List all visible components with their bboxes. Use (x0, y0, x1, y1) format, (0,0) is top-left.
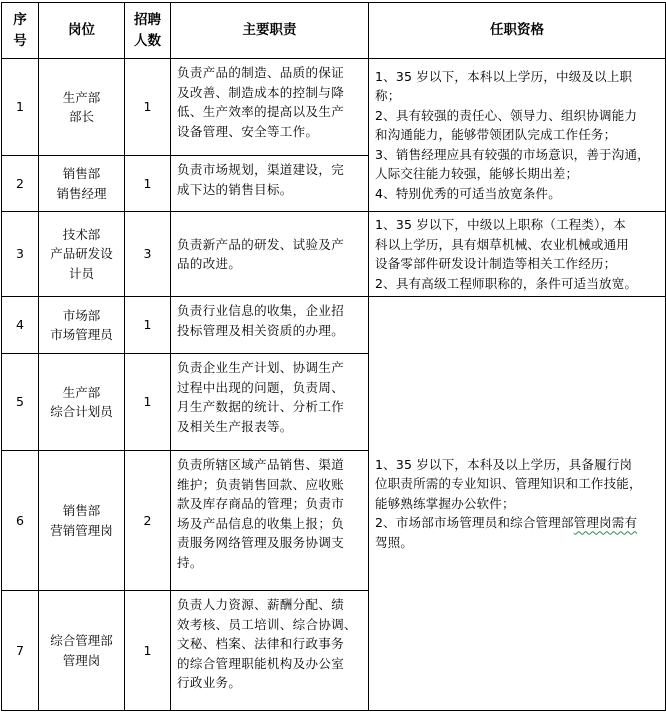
position-cell: 综合管理部 管理岗 (39, 591, 125, 711)
header-count: 招聘 人数 (125, 3, 171, 59)
headcount-cell: 1 (125, 591, 171, 711)
duties-cell: 负责所辖区域产品销售、渠道 维护；负责销售回款、应收账 款及库存商品的管理；负责… (171, 451, 369, 591)
headcount-cell: 3 (125, 212, 171, 297)
headcount-cell: 1 (125, 59, 171, 156)
position-cell: 生产部 综合计划员 (39, 354, 125, 451)
header-position: 岗位 (39, 3, 125, 59)
position-cell: 生产部 部长 (39, 59, 125, 156)
header-qualifications: 任职资格 (369, 3, 666, 59)
position-cell: 销售部 营销管理岗 (39, 451, 125, 591)
duties-cell: 负责产品的制造、品质的保证 及改善、制造成本的控制与降 低、生产效率的提高以及生… (171, 59, 369, 156)
row-number: 3 (2, 212, 39, 297)
spellcheck-underline: 管理岗需有 (574, 515, 638, 530)
row-number: 6 (2, 451, 39, 591)
row-number: 7 (2, 591, 39, 711)
recruitment-table: 序 号 岗位 招聘 人数 主要职责 任职资格 1 生产部 部长 1 负责产品的制… (1, 2, 666, 711)
position-cell: 销售部 销售经理 (39, 156, 125, 212)
row-number: 1 (2, 59, 39, 156)
qualifications-cell: 1、35 岁以下，本科及以上学历，具备履行岗 位职责所需的专业知识、管理知识和工… (369, 297, 666, 711)
header-duties: 主要职责 (171, 3, 369, 59)
duties-cell: 负责企业生产计划、协调生产 过程中出现的问题，负责周、 月生产数据的统计、分析工… (171, 354, 369, 451)
duties-cell: 负责人力资源、薪酬分配、绩 效考核、员工培训、综合协调、 文秘、档案、法律和行政… (171, 591, 369, 711)
headcount-cell: 1 (125, 156, 171, 212)
duties-cell: 负责市场规划，渠道建设，完 成下达的销售目标。 (171, 156, 369, 212)
duties-cell: 负责行业信息的收集，企业招 投标管理及相关资质的办理。 (171, 297, 369, 354)
qualifications-cell: 1、35 岁以下，本科以上学历，中级及以上职 称； 2、具有较强的责任心、领导力… (369, 59, 666, 212)
header-no: 序 号 (2, 3, 39, 59)
table-row: 4 市场部 市场管理员 1 负责行业信息的收集，企业招 投标管理及相关资质的办理… (2, 297, 666, 354)
row-number: 5 (2, 354, 39, 451)
headcount-cell: 1 (125, 297, 171, 354)
position-cell: 技术部 产品研发设 计员 (39, 212, 125, 297)
position-cell: 市场部 市场管理员 (39, 297, 125, 354)
header-row: 序 号 岗位 招聘 人数 主要职责 任职资格 (2, 3, 666, 59)
row-number: 2 (2, 156, 39, 212)
table-row: 3 技术部 产品研发设 计员 3 负责新产品的研发、试验及产 品的改进。 1、3… (2, 212, 666, 297)
duties-cell: 负责新产品的研发、试验及产 品的改进。 (171, 212, 369, 297)
qualifications-cell: 1、35 岁以下，中级以上职称（工程类），本 科以上学历，具有烟草机械、农业机械… (369, 212, 666, 297)
table-row: 1 生产部 部长 1 负责产品的制造、品质的保证 及改善、制造成本的控制与降 低… (2, 59, 666, 156)
headcount-cell: 2 (125, 451, 171, 591)
row-number: 4 (2, 297, 39, 354)
headcount-cell: 1 (125, 354, 171, 451)
